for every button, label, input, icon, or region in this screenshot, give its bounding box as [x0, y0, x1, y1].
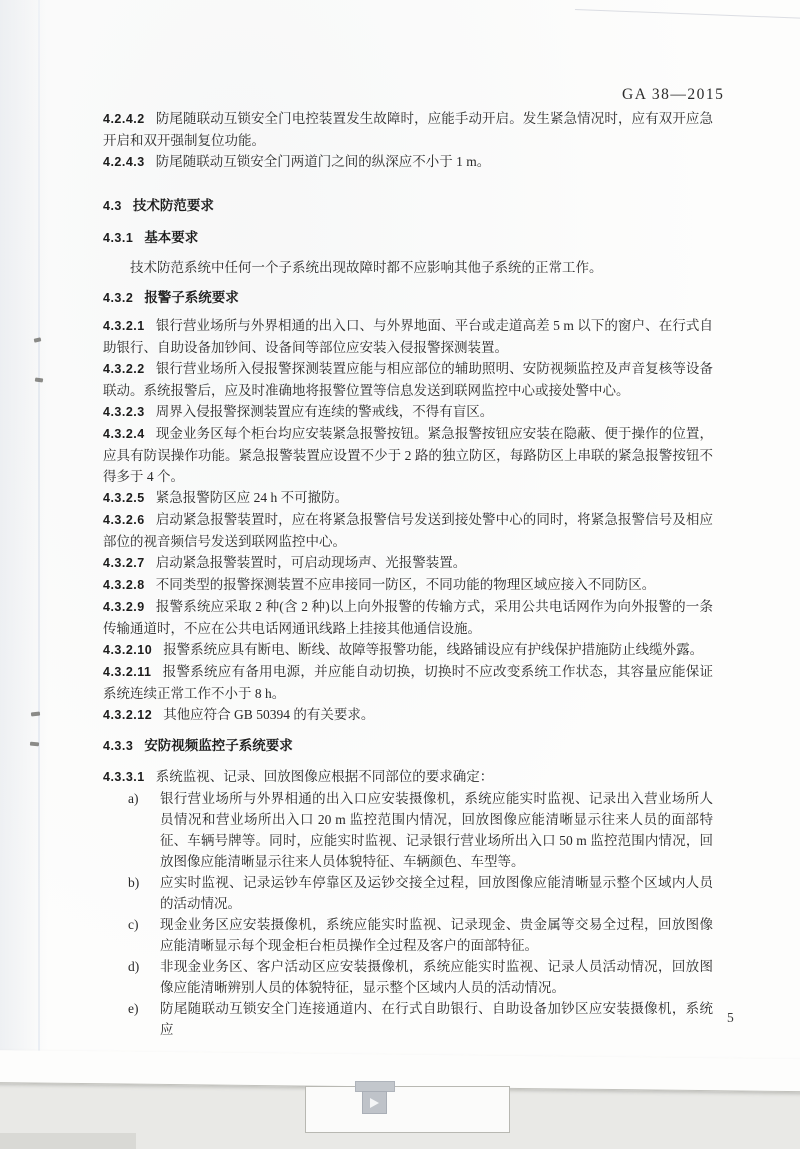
heading-text: 基本要求 — [144, 230, 198, 245]
clause-text: 银行营业场所入侵报警探测装置应能与相应部位的辅助照明、安防视频监控及声音复核等设… — [103, 361, 713, 398]
clause-number: 4.3.2.8 — [103, 578, 145, 592]
clause-text: 现金业务区每个柜台均应安装紧急报警按钮。紧急报警按钮应安装在隐蔽、便于操作的位置… — [103, 426, 713, 484]
section-heading: 4.3.3安防视频监控子系统要求 — [103, 735, 713, 757]
clause-text: 紧急报警防区应 24 h 不可撤防。 — [156, 490, 348, 505]
clause: 4.3.2.2银行营业场所入侵报警探测装置应能与相应部位的辅助照明、安防视频监控… — [103, 358, 713, 401]
scan-mark — [35, 377, 43, 382]
clause-text: 防尾随联动互锁安全门两道门之间的纵深应不小于 1 m。 — [156, 154, 491, 169]
clause-number: 4.3.2 — [103, 291, 133, 305]
clause-text: 现金业务区应安装摄像机，系统应能实时监视、记录现金、贵金属等交易全过程，回放图像… — [160, 917, 713, 953]
clause-text: 应实时监视、记录运钞车停靠区及运钞交接全过程，回放图像应能清晰显示整个区域内人员… — [160, 875, 713, 911]
scan-edge-line-top — [575, 9, 800, 19]
clause: 4.3.3.1系统监视、记录、回放图像应根据不同部位的要求确定： — [103, 766, 713, 788]
scan-edge-line — [38, 0, 40, 1080]
section-heading: 4.3技术防范要求 — [103, 195, 713, 217]
clause-number: 4.3.2.9 — [103, 600, 145, 614]
clause: 4.3.2.1银行营业场所与外界相通的出入口、与外界地面、平台或走道高差 5 m… — [103, 315, 713, 358]
clause-number: 4.3.2.7 — [103, 556, 145, 570]
clause: 4.3.2.6启动紧急报警装置时，应在将紧急报警信号发送到接处警中心的同时，将紧… — [103, 509, 713, 552]
page-number: 5 — [727, 1010, 734, 1026]
clause-number: 4.3.2.1 — [103, 319, 145, 333]
list-item: a)银行营业场所与外界相通的出入口应安装摄像机，系统应能实时监视、记录出入营业场… — [103, 788, 713, 872]
clause: 4.3.2.4现金业务区每个柜台均应安装紧急报警按钮。紧急报警按钮应安装在隐蔽、… — [103, 423, 713, 487]
doc-code-header: GA 38—2015 — [622, 86, 724, 104]
clause: 4.2.4.2防尾随联动互锁安全门电控装置发生故障时，应能手动开启。发生紧急情况… — [103, 108, 713, 151]
clause-text: 银行营业场所与外界相通的出入口应安装摄像机，系统应能实时监视、记录出入营业场所人… — [160, 791, 713, 869]
scanned-document-page: GA 38—2015 4.2.4.2防尾随联动互锁安全门电控装置发生故障时，应能… — [0, 0, 800, 1149]
list-label: e) — [128, 998, 139, 1019]
clause-number: 4.3.2.12 — [103, 708, 152, 722]
clause-text: 报警系统应具有断电、断线、故障等报警功能，线路铺设应有护线保护措施防止线缆外露。 — [163, 642, 703, 657]
clause-text: 系统监视、记录、回放图像应根据不同部位的要求确定： — [156, 769, 494, 784]
clause: 4.3.2.8不同类型的报警探测装置不应串接同一防区，不同功能的物理区域应接入不… — [103, 574, 713, 596]
clause-number: 4.3.3.1 — [103, 770, 145, 784]
scan-stamp-box — [305, 1086, 510, 1133]
clause-number: 4.2.4.3 — [103, 155, 145, 169]
clause-text: 防尾随联动互锁安全门连接通道内、在行式自助银行、自助设备加钞区应安装摄像机，系统… — [160, 1001, 713, 1037]
clause-text: 不同类型的报警探测装置不应串接同一防区，不同功能的物理区域应接入不同防区。 — [156, 577, 656, 592]
list-item: e)防尾随联动互锁安全门连接通道内、在行式自助银行、自助设备加钞区应安装摄像机，… — [103, 998, 713, 1040]
document-body: 4.2.4.2防尾随联动互锁安全门电控装置发生故障时，应能手动开启。发生紧急情况… — [103, 108, 713, 1040]
heading-text: 技术防范要求 — [133, 198, 214, 213]
clause-text: 报警系统应采取 2 种(含 2 种)以上向外报警的传输方式，采用公共电话网作为向… — [103, 599, 713, 636]
list-label: c) — [128, 914, 139, 935]
clause-number: 4.3.2.10 — [103, 643, 152, 657]
section-heading: 4.3.1基本要求 — [103, 227, 713, 249]
clause: 4.3.2.9报警系统应采取 2 种(含 2 种)以上向外报警的传输方式，采用公… — [103, 596, 713, 639]
clause-text: 银行营业场所与外界相通的出入口、与外界地面、平台或走道高差 5 m 以下的窗户、… — [103, 318, 713, 355]
clause: 4.3.2.10报警系统应具有断电、断线、故障等报警功能，线路铺设应有护线保护措… — [103, 639, 713, 661]
clause: 4.3.2.7启动紧急报警装置时，可启动现场声、光报警装置。 — [103, 552, 713, 574]
clause-text: 启动紧急报警装置时，应在将紧急报警信号发送到接处警中心的同时，将紧急报警信号及相… — [103, 512, 713, 549]
clause: 4.3.2.3周界入侵报警探测装置应有连续的警戒线，不得有盲区。 — [103, 401, 713, 423]
clause-number: 4.3.2.4 — [103, 427, 145, 441]
clause-text: 防尾随联动互锁安全门电控装置发生故障时，应能手动开启。发生紧急情况时，应有双开应… — [103, 111, 713, 148]
film-clip-play-icon — [355, 1081, 395, 1115]
clause-number: 4.3 — [103, 199, 122, 213]
clause-text: 周界入侵报警探测装置应有连续的警戒线，不得有盲区。 — [156, 404, 494, 419]
list-label: b) — [128, 872, 139, 893]
list-item: b)应实时监视、记录运钞车停靠区及运钞交接全过程，回放图像应能清晰显示整个区域内… — [103, 872, 713, 914]
list-item: d)非现金业务区、客户活动区应安装摄像机，系统应能实时监视、记录人员活动情况，回… — [103, 956, 713, 998]
clause-text: 其他应符合 GB 50394 的有关要求。 — [163, 707, 374, 722]
clause-number: 4.3.3 — [103, 739, 133, 753]
heading-text: 安防视频监控子系统要求 — [144, 738, 293, 753]
clause-number: 4.3.2.5 — [103, 491, 145, 505]
clause-text: 技术防范系统中任何一个子系统出现故障时都不应影响其他子系统的正常工作。 — [130, 260, 603, 275]
clause-number: 4.3.2.11 — [103, 665, 152, 679]
clause-text: 报警系统应有备用电源，并应能自动切换，切换时不应改变系统工作状态，其容量应能保证… — [103, 664, 713, 701]
clause-text: 启动紧急报警装置时，可启动现场声、光报警装置。 — [156, 555, 467, 570]
scan-corner-shadow — [0, 1133, 136, 1149]
clause: 4.2.4.3防尾随联动互锁安全门两道门之间的纵深应不小于 1 m。 — [103, 151, 713, 173]
scan-mark — [34, 337, 42, 342]
section-heading: 4.3.2报警子系统要求 — [103, 287, 713, 309]
scan-mark — [30, 742, 39, 747]
list-label: d) — [128, 956, 139, 977]
clause-number: 4.3.2.6 — [103, 513, 145, 527]
clause-text: 非现金业务区、客户活动区应安装摄像机，系统应能实时监视、记录人员活动情况，回放图… — [160, 959, 713, 995]
list-label: a) — [128, 788, 139, 809]
heading-text: 报警子系统要求 — [144, 290, 239, 305]
clause-number: 4.3.2.3 — [103, 405, 145, 419]
clause: 4.3.2.11报警系统应有备用电源，并应能自动切换，切换时不应改变系统工作状态… — [103, 661, 713, 704]
clause-number: 4.2.4.2 — [103, 112, 145, 126]
list-item: c)现金业务区应安装摄像机，系统应能实时监视、记录现金、贵金属等交易全过程，回放… — [103, 914, 713, 956]
clause: 4.3.2.12其他应符合 GB 50394 的有关要求。 — [103, 704, 713, 726]
clause-number: 4.3.1 — [103, 231, 133, 245]
clause-number: 4.3.2.2 — [103, 362, 145, 376]
body-paragraph: 技术防范系统中任何一个子系统出现故障时都不应影响其他子系统的正常工作。 — [103, 257, 713, 278]
clause: 4.3.2.5紧急报警防区应 24 h 不可撤防。 — [103, 487, 713, 509]
